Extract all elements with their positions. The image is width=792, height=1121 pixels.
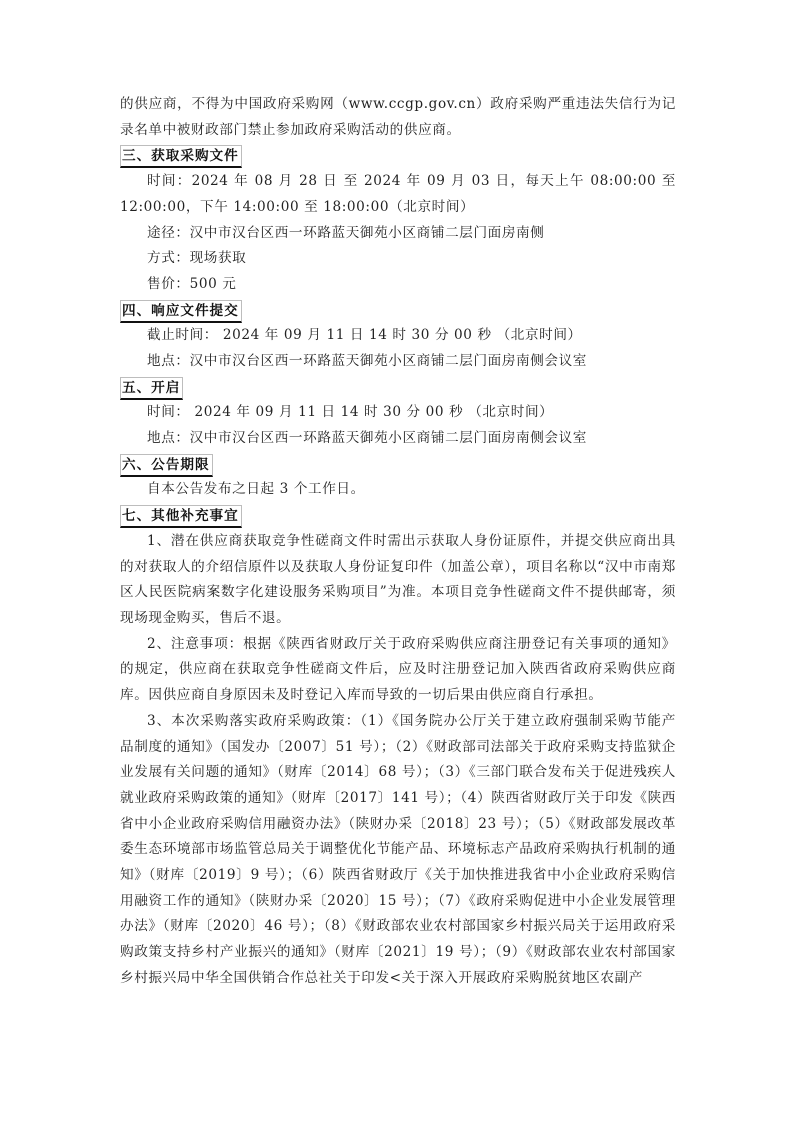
notice-period-text: 自本公告发布之日起 3 个工作日。 [120,477,676,503]
obtain-time: 时间：2024 年 08 月 28 日 至 2024 年 09 月 03 日，每… [120,169,676,220]
section-heading-notice-period: 六、公告期限 [120,454,213,477]
submission-deadline: 截止时间： 2024 年 09 月 11 日 14 时 30 分 00 秒 （北… [120,323,676,349]
intro-paragraph: 的供应商，不得为中国政府采购网（www.ccgp.gov.cn）政府采购严重违法… [120,92,676,143]
opening-location: 地点：汉中市汉台区西一环路蓝天御苑小区商铺二层门面房南侧会议室 [120,426,676,452]
section-heading-opening: 五、开启 [120,377,183,400]
section-heading-obtain-documents: 三、获取采购文件 [120,145,242,168]
section-heading-submission: 四、响应文件提交 [120,300,242,323]
obtain-price: 售价：500 元 [120,272,676,298]
opening-time: 时间： 2024 年 09 月 11 日 14 时 30 分 00 秒 （北京时… [120,400,676,426]
obtain-method: 方式：现场获取 [120,246,676,272]
other-matter-2: 2、注意事项：根据《陕西省财政厅关于政府采购供应商注册登记有关事项的通知》的规定… [120,632,676,709]
submission-location: 地点：汉中市汉台区西一环路蓝天御苑小区商铺二层门面房南侧会议室 [120,349,676,375]
obtain-location: 途径：汉中市汉台区西一环路蓝天御苑小区商铺二层门面房南侧 [120,221,676,247]
other-matter-3: 3、本次采购落实政府采购政策：（1）《国务院办公厅关于建立政府强制采购节能产品制… [120,709,676,992]
document-page: 的供应商，不得为中国政府采购网（www.ccgp.gov.cn）政府采购严重违法… [120,92,676,992]
other-matter-1: 1、潜在供应商获取竞争性磋商文件时需出示获取人身份证原件，并提交供应商出具的对获… [120,529,676,632]
section-heading-other-matters: 七、其他补充事宜 [120,505,242,528]
